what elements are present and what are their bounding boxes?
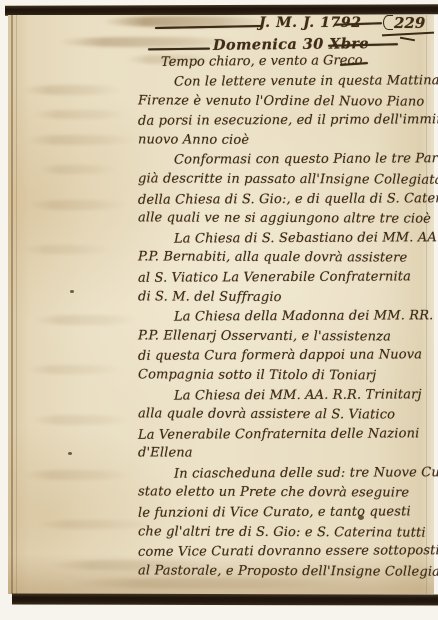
manuscript-line: La Chiesa dei MM. AA. R.R. Trinitarj <box>138 385 438 406</box>
manuscript-line: stato eletto un Prete che dovrà eseguire <box>138 483 438 504</box>
manuscript-line: P.P. Ellenarj Osservanti, e l'assistenza <box>138 326 438 347</box>
manuscript-line: al Pastorale, e Proposto dell'Insigne Co… <box>138 561 438 582</box>
bleedthrough-ghost <box>23 245 113 254</box>
manuscript-page: J. M. J. 1792 229 Domenica 30 Xbre Tempo… <box>8 15 434 594</box>
manuscript-line: come Vice Curati dovranno essere sottopo… <box>138 541 438 562</box>
weather-note: Tempo chiaro, e vento a Greco <box>161 53 363 70</box>
manuscript-line: di S. M. del Suffragio <box>138 287 438 308</box>
manuscript-line: La Chiesa di S. Sebastiano dei MM. AA. <box>138 228 438 249</box>
bleedthrough-ghost <box>38 165 118 174</box>
manuscript-line: che gl'altri tre di S. Gio: e S. Caterin… <box>138 522 438 543</box>
manuscript-line: Conformasi con questo Piano le tre Parro… <box>138 150 438 171</box>
bleedthrough-ghost <box>30 415 130 425</box>
manuscript-line: Firenze è venuto l'Ordine del Nuovo Pian… <box>138 91 438 112</box>
date-rule-left <box>148 48 210 51</box>
ink-speck <box>68 452 72 455</box>
bleedthrough-ghost <box>26 365 121 374</box>
manuscript-line: al S. Viatico La Venerabile Confraternit… <box>138 267 438 288</box>
manuscript-line: le funzioni di Vice Curato, e tanto ques… <box>138 502 438 523</box>
ink-speck <box>70 290 74 293</box>
bleedthrough-ghost <box>33 315 138 325</box>
manuscript-photo: J. M. J. 1792 229 Domenica 30 Xbre Tempo… <box>0 0 438 620</box>
manuscript-line: La Venerabile Confraternita delle Nazion… <box>138 424 438 445</box>
folio-underline <box>400 37 415 41</box>
folio-number: 229 <box>394 14 425 32</box>
entry-body: Con le lettere venute in questa Mattina … <box>138 72 438 581</box>
folio-flourish-icon <box>383 15 393 30</box>
manuscript-line: In ciascheduna delle sud: tre Nuove Cure… <box>138 463 438 484</box>
manuscript-line: di questa Cura formerà dappoi una Nuova <box>138 346 438 367</box>
bleedthrough-ghost <box>58 37 238 47</box>
manuscript-line: Con le lettere venute in questa Mattina … <box>138 71 438 92</box>
bleedthrough-ghost <box>23 85 123 95</box>
manuscript-line: La Chiesa della Madonna dei MM. RR. <box>138 306 438 327</box>
page-binding-edge <box>16 15 17 594</box>
bleedthrough-ghost <box>33 110 128 119</box>
manuscript-line: nuovo Anno cioè <box>138 130 438 151</box>
bleedthrough-ghost <box>26 135 136 145</box>
bleedthrough-ghost <box>28 200 128 210</box>
manuscript-line: della Chiesa di S. Gio:, e di quella di … <box>138 189 438 210</box>
bleedthrough-ghost <box>23 470 133 480</box>
manuscript-line: d'Ellena <box>138 444 438 465</box>
manuscript-line: alla quale dovrà assistere al S. Viatico <box>138 404 438 425</box>
manuscript-line: alle quali ve ne si aggiungono altre tre… <box>138 209 438 230</box>
book-edge-bottom <box>12 593 438 605</box>
page-binding-edge <box>11 15 13 594</box>
manuscript-line: già descritte in passato all'Insigne Col… <box>138 169 438 190</box>
folio: 229 <box>383 14 425 32</box>
manuscript-line: Compagnia sotto il Titolo di Toniarj <box>138 365 438 386</box>
manuscript-line: da porsi in esecuzione, ed il primo dell… <box>138 110 438 131</box>
manuscript-line: P.P. Bernabiti, alla quale dovrà assiste… <box>138 248 438 269</box>
